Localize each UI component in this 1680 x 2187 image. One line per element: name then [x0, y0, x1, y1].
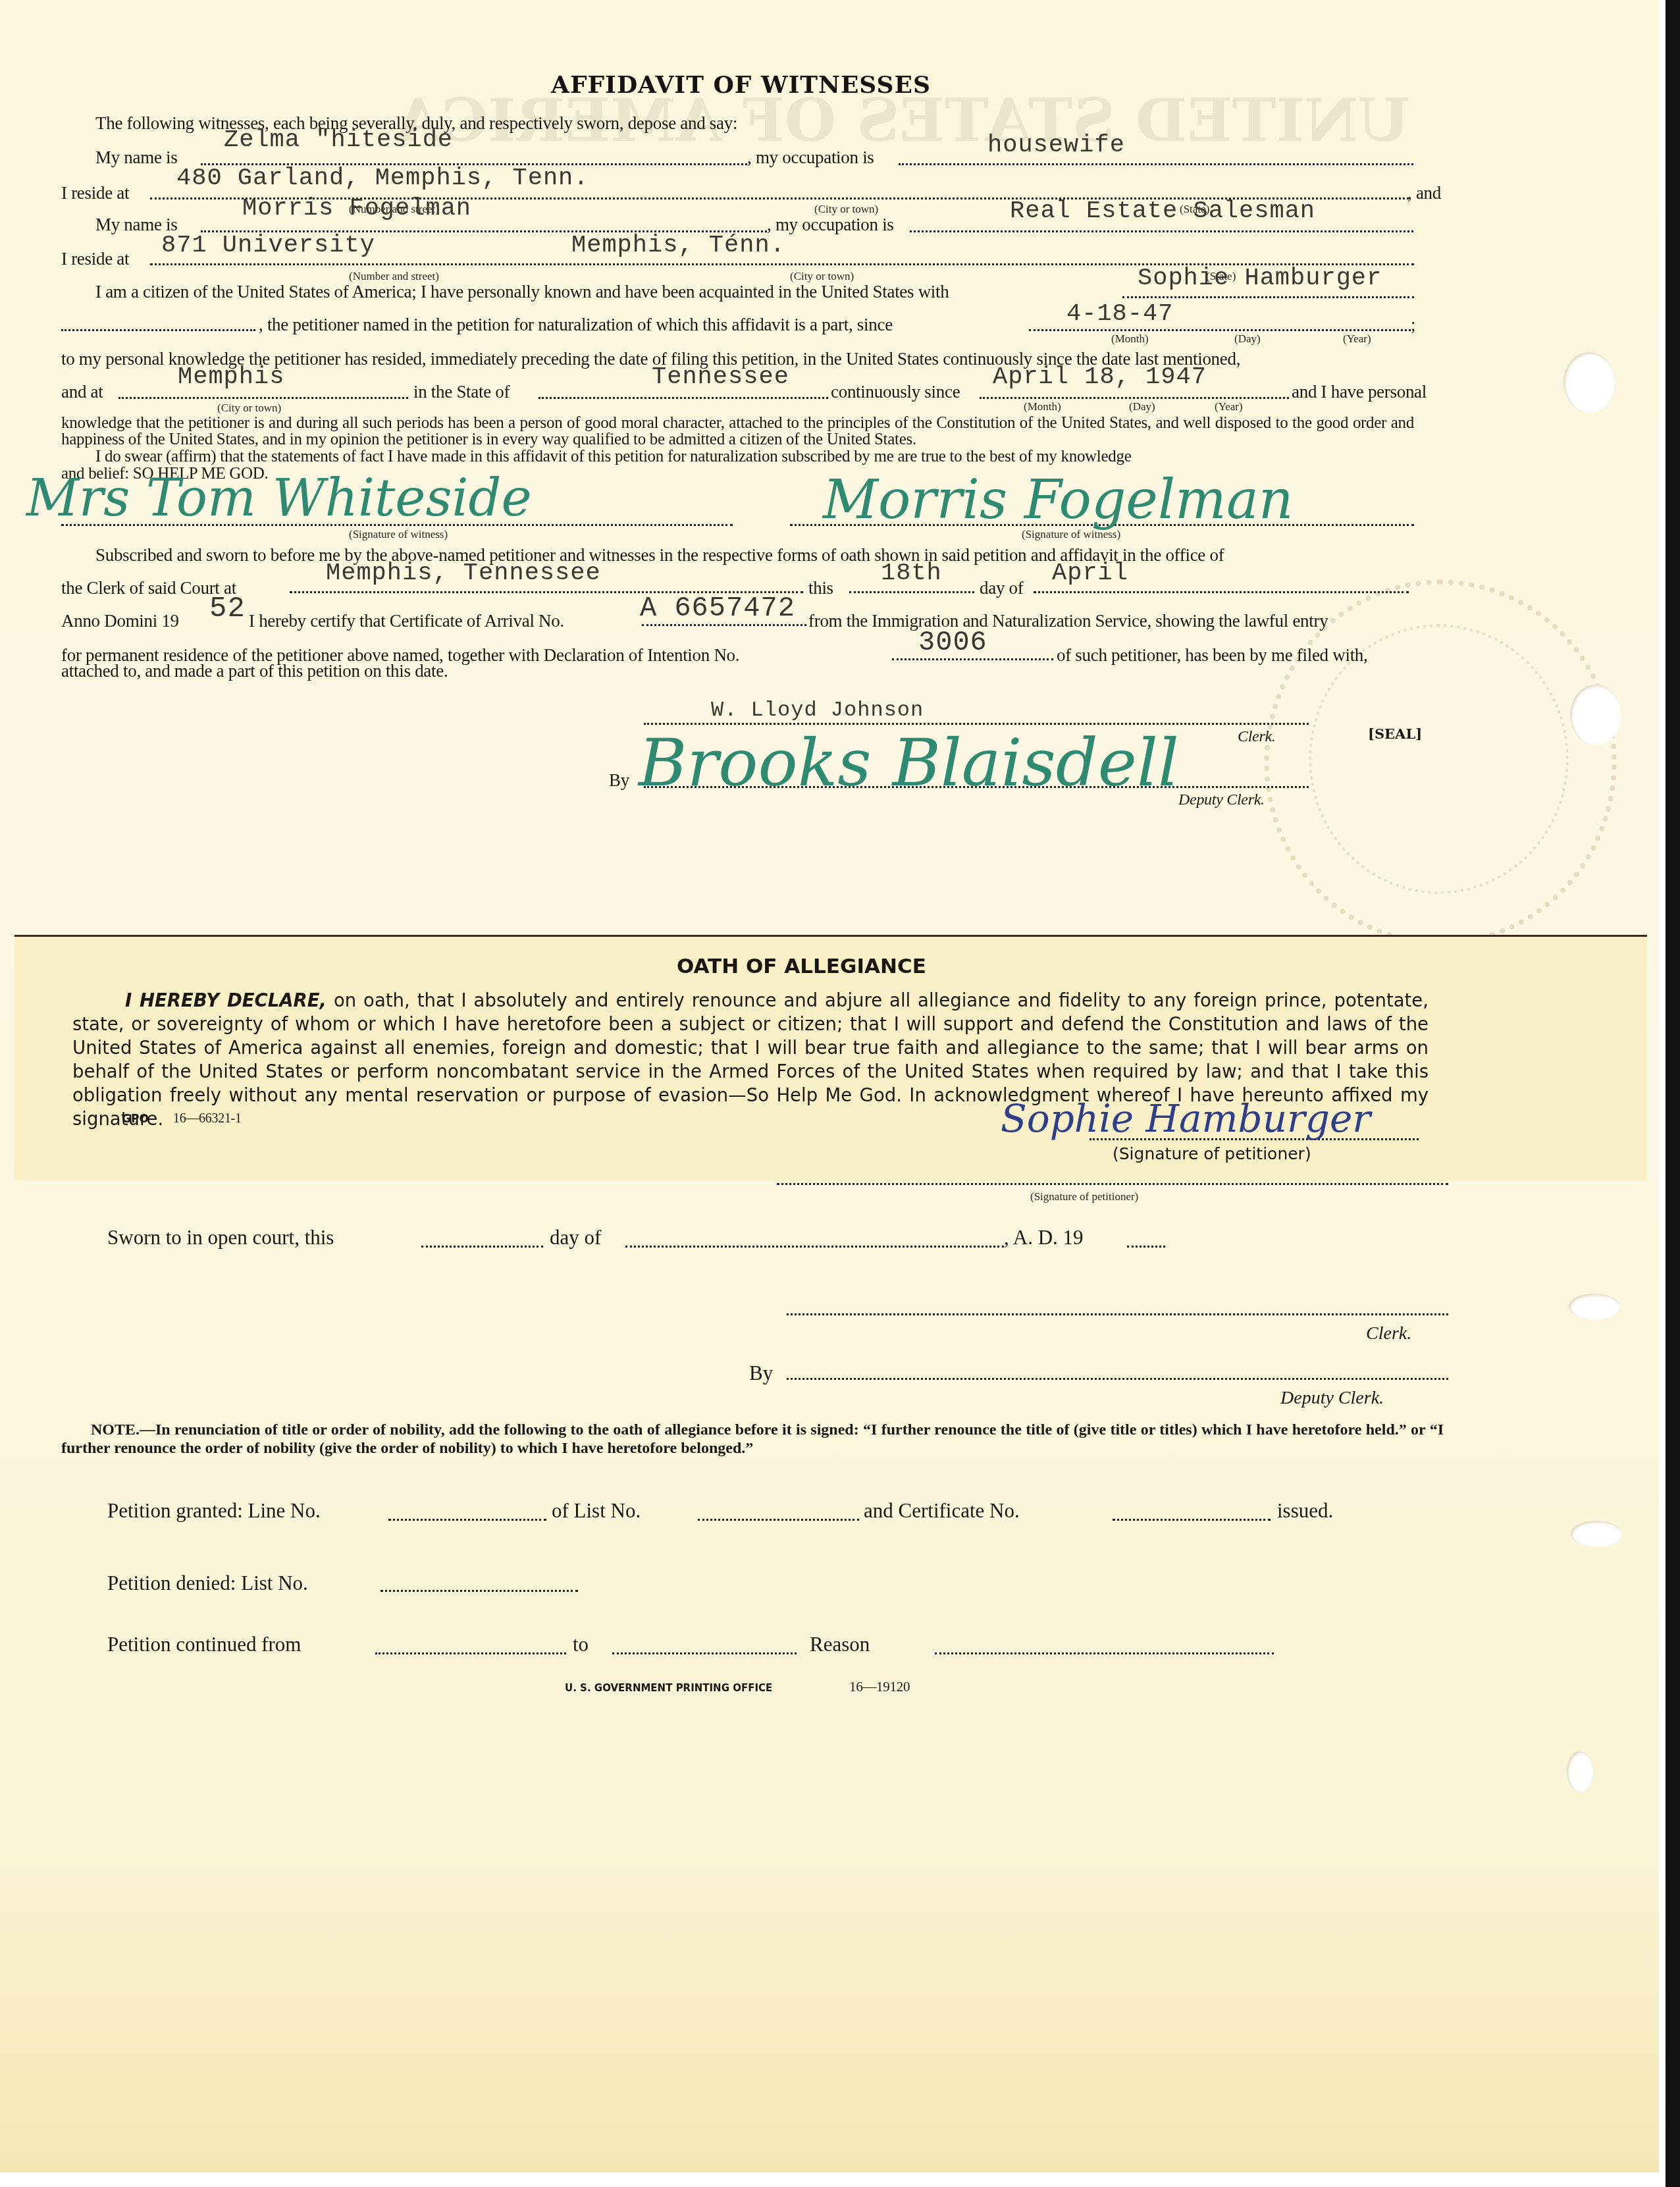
witness2-street-value[interactable]: 871 University [161, 232, 375, 259]
court-petitioner-signature-line [777, 1183, 1448, 1185]
sworn-day-line[interactable] [421, 1246, 543, 1248]
witness1-occupation-line [899, 163, 1413, 165]
witness2-occupation-value[interactable]: Real Estate Salesman [1010, 198, 1315, 225]
caption-month: (Month) [1024, 400, 1061, 413]
sworn-day-of-label: day of [550, 1226, 601, 1250]
caption-city-town: (City or town) [814, 203, 878, 216]
state-of-label: in the State of [413, 382, 510, 402]
day-line [849, 591, 974, 593]
caption-year: (Year) [1215, 400, 1243, 413]
witness1-signature: Mrs Tom Whiteside [26, 469, 532, 528]
witness2-occupation-label: , my occupation is [767, 215, 894, 235]
oath-lead: I HEREBY DECLARE, [125, 990, 327, 1011]
continued-label: Petition continued from [107, 1633, 301, 1656]
caption-year: (Year) [1343, 332, 1371, 346]
certificate-no-line[interactable] [1113, 1519, 1271, 1521]
since-date-line [1029, 329, 1411, 331]
ad-label: , A. D. 19 [1004, 1226, 1084, 1250]
witness1-occupation-value[interactable]: housewife [987, 132, 1125, 159]
granted-line-no[interactable] [388, 1519, 546, 1521]
sworn-month-line[interactable] [625, 1246, 1004, 1248]
caption-city-town: (City or town) [217, 402, 281, 415]
witness1-address-value[interactable]: 480 Garland, Memphis, Tenn. [176, 165, 589, 192]
this-label: this [808, 578, 833, 598]
seal-label: [SEAL] [1368, 725, 1422, 742]
clerk-name-value: W. Lloyd Johnson [711, 698, 924, 722]
witness2-name-value[interactable]: Morris Fogelman [242, 195, 471, 223]
petitioner-name-line [1122, 296, 1414, 298]
punch-hole [1571, 1521, 1622, 1547]
day-of-label: day of [980, 578, 1023, 598]
witness2-signature: Morris Fogelman [823, 469, 1294, 531]
of-list-label: of List No. [552, 1499, 641, 1523]
swear-statement: I do swear (affirm) that the statements … [95, 448, 1131, 466]
punch-hole [1563, 352, 1615, 413]
petitioner-signature-caption: (Signature of petitioner) [1113, 1144, 1311, 1163]
and-at-label: and at [61, 382, 103, 402]
printer-number: 16—19120 [849, 1679, 910, 1695]
caption-day: (Day) [1234, 332, 1261, 346]
punch-hole [1569, 1294, 1620, 1320]
continued-to-line[interactable] [612, 1652, 797, 1654]
witness2-reside-label: I reside at [61, 249, 129, 269]
court-location-value[interactable]: Memphis, Tennessee [326, 560, 601, 587]
continuously-date-line [980, 397, 1289, 399]
court-petitioner-signature-caption: (Signature of petitioner) [1030, 1190, 1138, 1203]
denied-label: Petition denied: List No. [107, 1571, 308, 1595]
embossed-seal [1264, 579, 1617, 945]
petitioner-prefix-line [61, 329, 255, 331]
city-line [118, 397, 408, 399]
arrival-no-line [642, 624, 806, 626]
continued-from-line[interactable] [375, 1652, 566, 1654]
issued-label: issued. [1277, 1499, 1333, 1523]
caption-signature-witness: (Signature of witness) [349, 528, 448, 541]
granted-label: Petition granted: Line No. [107, 1499, 321, 1523]
court-deputy-line [787, 1378, 1448, 1380]
by-label: By [609, 770, 629, 791]
affidavit-title: AFFIDAVIT OF WITNESSES [551, 71, 931, 99]
caption-number-street: (Number and street) [349, 270, 439, 283]
witness1-reside-label: I reside at [61, 183, 129, 203]
nobility-note: NOTE.—In renunciation of title or order … [61, 1421, 1444, 1458]
month-value[interactable]: April [1052, 560, 1128, 587]
granted-list-no[interactable] [698, 1519, 859, 1521]
deputy-clerk-signature: Brooks Blaisdell [639, 724, 1179, 801]
state-value[interactable]: Tennessee [652, 363, 789, 391]
witness1-name-label: My name is [95, 147, 178, 168]
gpo-label: GPO [122, 1113, 149, 1126]
petitioner-signature: Sophie Hamburger [1001, 1096, 1371, 1141]
caption-city-town: (City or town) [790, 270, 854, 283]
witness2-city-value[interactable]: Memphis, Ténn. [571, 232, 785, 259]
clerk-label: Clerk. [1238, 728, 1276, 746]
deputy-clerk-label: Deputy Clerk. [1178, 791, 1265, 809]
semicolon: ; [1411, 315, 1415, 335]
court-clerk-line [787, 1313, 1448, 1315]
sworn-label: Sworn to in open court, this [107, 1226, 334, 1250]
certify-label: I hereby certify that Certificate of Arr… [249, 611, 564, 631]
personal-label: and I have personal [1292, 382, 1427, 402]
ad-year-line[interactable] [1127, 1246, 1165, 1248]
petitioner-statement: , the petitioner named in the petition f… [259, 315, 893, 335]
witness2-occupation-line [910, 230, 1413, 232]
punch-hole [1570, 685, 1621, 745]
continuously-date-value[interactable]: April 18, 1947 [993, 363, 1207, 391]
state-line [538, 397, 828, 399]
witness1-occupation-label: , my occupation is [747, 147, 874, 168]
continuously-label: continuously since [831, 382, 960, 402]
witness1-name-value[interactable]: Zelma "hiteside [224, 126, 453, 154]
court-deputy-label: Deputy Clerk. [1280, 1388, 1384, 1409]
court-by-label: By [749, 1361, 773, 1385]
day-value[interactable]: 18th [881, 560, 942, 587]
declaration-no-line [892, 658, 1053, 660]
declaration-no-value[interactable]: 3006 [918, 627, 987, 658]
filed-label: of such petitioner, has been by me filed… [1057, 645, 1368, 666]
gpo-number: 16—66321-1 [173, 1111, 242, 1126]
from-ins-label: from the Immigration and Naturalization … [808, 611, 1328, 631]
punch-hole [1567, 1751, 1593, 1792]
caption-signature-witness: (Signature of witness) [1022, 528, 1120, 541]
character-statement: knowledge that the petitioner is and dur… [61, 415, 1414, 448]
printer-label: U. S. GOVERNMENT PRINTING OFFICE [565, 1682, 772, 1694]
month-line [1034, 591, 1409, 593]
oath-title: OATH OF ALLEGIANCE [677, 955, 926, 978]
continued-to-label: to [573, 1633, 589, 1656]
reason-label: Reason [810, 1633, 870, 1656]
certificate-label: and Certificate No. [864, 1499, 1020, 1523]
since-date-value[interactable]: 4-18-47 [1066, 300, 1173, 328]
attached-label: attached to, and made a part of this pet… [61, 661, 448, 681]
arrival-no-value[interactable]: A 6657472 [640, 593, 795, 624]
petitioner-name-value[interactable]: Sophie Hamburger [1138, 265, 1382, 292]
caption-month: (Month) [1111, 332, 1149, 346]
witness1-and-label: , and [1407, 183, 1441, 203]
binder-edge [1659, 0, 1680, 2187]
denied-list-no[interactable] [381, 1590, 578, 1592]
anno-domini-label: Anno Domini 19 [61, 611, 179, 631]
year-value[interactable]: 52 [209, 593, 246, 625]
city-value[interactable]: Memphis [178, 363, 284, 391]
caption-day: (Day) [1129, 400, 1155, 413]
reason-line[interactable] [935, 1652, 1274, 1654]
citizen-statement: I am a citizen of the United States of A… [95, 282, 949, 302]
court-clerk-label: Clerk. [1366, 1323, 1411, 1344]
